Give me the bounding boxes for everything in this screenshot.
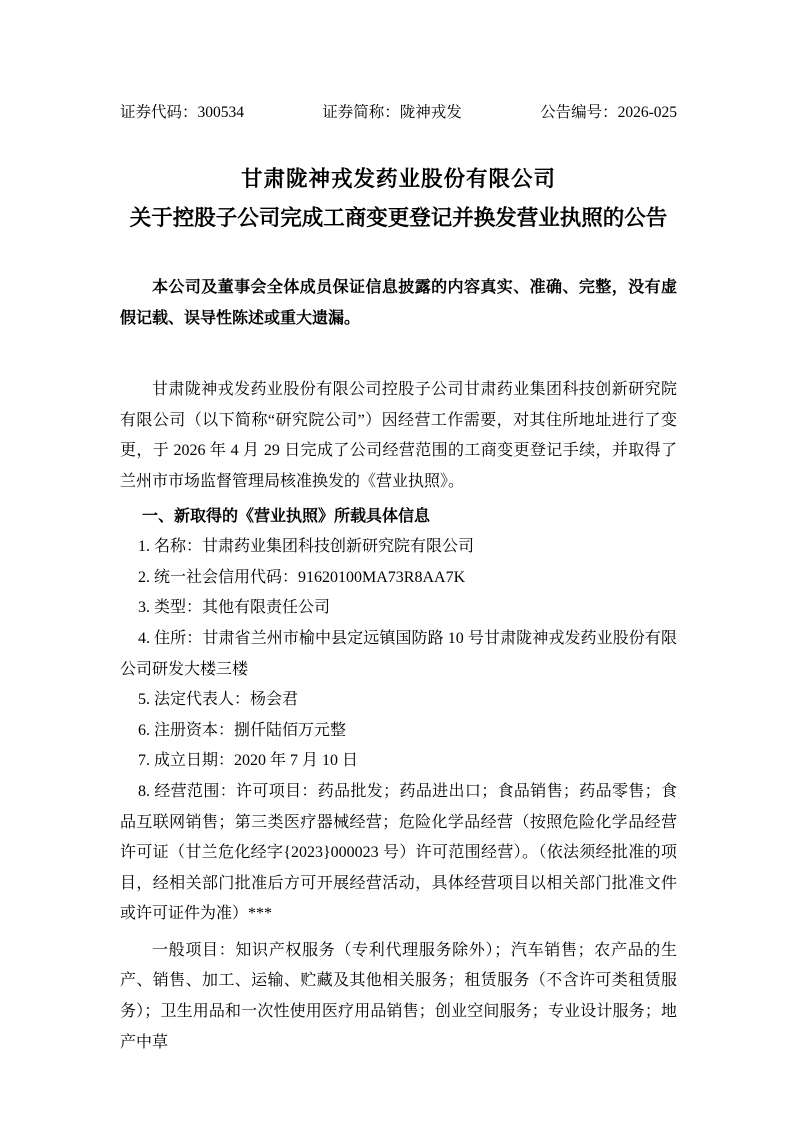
stock-code: 证券代码：300534 [120, 103, 244, 123]
security-info-row: 证券代码：300534 证券简称：陇神戎发 公告编号：2026-025 [120, 103, 677, 123]
general-business-scope-paragraph: 一般项目：知识产权服务（专利代理服务除外）；汽车销售；农产品的生产、销售、加工、… [120, 936, 677, 1058]
license-item-registered-capital: 6. 注册资本：捌仟陆佰万元整 [120, 716, 677, 747]
announcement-number: 公告编号：2026-025 [540, 103, 677, 123]
license-item-name: 1. 名称：甘肃药业集团科技创新研究院有限公司 [120, 532, 677, 563]
company-name-title: 甘肃陇神戎发药业股份有限公司 [120, 164, 677, 194]
license-item-address: 4. 住所：甘肃省兰州市榆中县定远镇国防路 10 号甘肃陇神戎发药业股份有限公司… [120, 624, 677, 685]
license-item-legal-representative: 5. 法定代表人：杨会君 [120, 685, 677, 716]
license-item-business-scope: 8. 经营范围：许可项目：药品批发；药品进出口；食品销售；药品零售；食品互联网销… [120, 777, 677, 930]
announcement-page: 证券代码：300534 证券简称：陇神戎发 公告编号：2026-025 甘肃陇神… [0, 0, 793, 1122]
license-item-type: 3. 类型：其他有限责任公司 [120, 593, 677, 624]
announcement-title: 关于控股子公司完成工商变更登记并换发营业执照的公告 [120, 202, 677, 234]
section-heading-license-info: 一、新取得的《营业执照》所载具体信息 [120, 502, 677, 533]
license-item-credit-code: 2. 统一社会信用代码：91620100MA73R8AA7K [120, 563, 677, 594]
license-item-establish-date: 7. 成立日期：2020 年 7 月 10 日 [120, 746, 677, 777]
stock-short-name: 证券简称：陇神戎发 [322, 103, 462, 123]
intro-paragraph: 甘肃陇神戎发药业股份有限公司控股子公司甘肃药业集团科技创新研究院有限公司（以下简… [120, 375, 677, 497]
board-guarantee-statement: 本公司及董事会全体成员保证信息披露的内容真实、准确、完整，没有虚假记载、误导性陈… [120, 273, 677, 334]
